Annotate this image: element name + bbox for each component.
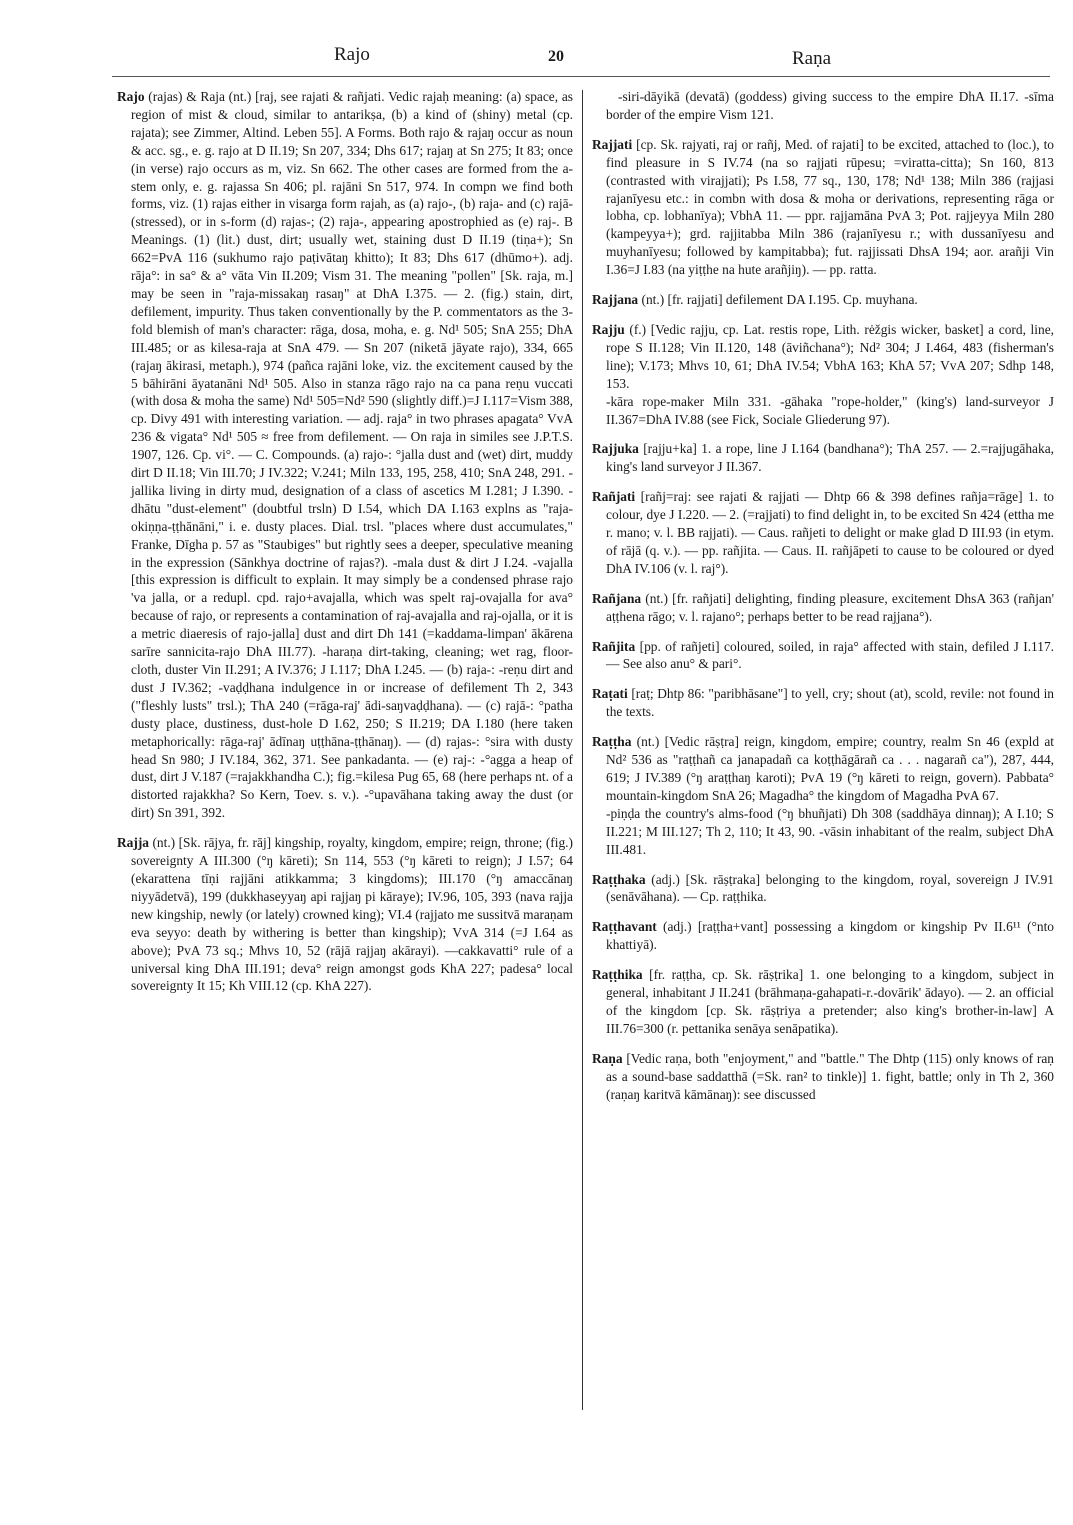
entry-text: (rajas) & Raja (nt.) [raj, see rajati & … <box>131 89 573 820</box>
header-rule <box>112 76 1050 77</box>
headword: Raṭṭha <box>592 734 631 749</box>
dictionary-entry-rajo: Rajo (rajas) & Raja (nt.) [raj, see raja… <box>117 88 573 822</box>
headword: Raṭṭhika <box>592 967 643 982</box>
running-head: Rajo 20 Raṇa <box>0 44 1073 74</box>
column-divider <box>582 90 583 1410</box>
dictionary-entry-rajjati: Rajjati [cp. Sk. rajyati, raj or rañj, M… <box>592 136 1054 279</box>
dictionary-entry-ranjita: Rañjita [pp. of rañjeti] coloured, soile… <box>592 638 1054 674</box>
headword: Raṭṭhaka <box>592 872 646 887</box>
headword: Rajju <box>592 322 625 337</box>
headword: Raṭati <box>592 686 628 701</box>
dictionary-entry-rajju: Rajju (f.) [Vedic rajju, cp. Lat. restis… <box>592 321 1054 428</box>
dictionary-entry-rajja: Rajja (nt.) [Sk. rājya, fr. rāj] kingshi… <box>117 834 573 995</box>
entry-text: -siri-dāyikā (devatā) (goddess) giving s… <box>606 89 1054 122</box>
headword: Rañjana <box>592 591 641 606</box>
entry-text: (nt.) [Sk. rājya, fr. rāj] kingship, roy… <box>131 835 573 993</box>
headword: Rajjana <box>592 292 638 307</box>
entry-text: [rañj=raj: see rajati & rajjati — Dhtp 6… <box>606 489 1054 576</box>
entry-compounds: -piṇḍa the country's alms-food (°ŋ bhuñj… <box>606 805 1054 859</box>
entry-text: [pp. of rañjeti] coloured, soiled, in ra… <box>606 639 1054 672</box>
dictionary-entry-rajjuka: Rajjuka [rajju+ka] 1. a rope, line J I.1… <box>592 440 1054 476</box>
dictionary-entry-rattha: Raṭṭha (nt.) [Vedic rāṣṭra] reign, kingd… <box>592 733 1054 858</box>
headword: Raṭṭhavant <box>592 919 657 934</box>
headword: Rañjati <box>592 489 635 504</box>
entry-compounds: -kāra rope-maker Miln 331. -gāhaka "rope… <box>606 393 1054 429</box>
dictionary-entry-rana: Raṇa [Vedic raṇa, both "enjoyment," and … <box>592 1050 1054 1104</box>
right-guide-word: Raṇa <box>792 48 831 70</box>
entry-text: (adj.) [Sk. rāṣṭraka] belonging to the k… <box>606 872 1054 905</box>
dictionary-entry-ranjati: Rañjati [rañj=raj: see rajati & rajjati … <box>592 488 1054 578</box>
dictionary-entry-ratthaka: Raṭṭhaka (adj.) [Sk. rāṣṭraka] belonging… <box>592 871 1054 907</box>
entry-text: [rajju+ka] 1. a rope, line J I.164 (band… <box>606 441 1054 474</box>
entry-text: [raṭ; Dhtp 86: "paribhāsane"] to yell, c… <box>606 686 1054 719</box>
dictionary-entry-ranjana: Rañjana (nt.) [fr. rañjati] delighting, … <box>592 590 1054 626</box>
left-guide-word: Rajo <box>334 44 370 66</box>
headword: Rajo <box>117 89 145 104</box>
headword: Raṇa <box>592 1051 623 1066</box>
entry-text: (f.) [Vedic rajju, cp. Lat. restis rope,… <box>606 322 1054 391</box>
entry-continuation: -siri-dāyikā (devatā) (goddess) giving s… <box>592 88 1054 124</box>
headword: Rajja <box>117 835 149 850</box>
entry-text: (adj.) [raṭṭha+vant] possessing a kingdo… <box>606 919 1054 952</box>
headword: Rañjita <box>592 639 635 654</box>
entry-text: [Vedic raṇa, both "enjoyment," and "batt… <box>606 1051 1054 1102</box>
headword: Rajjati <box>592 137 632 152</box>
entry-text: (nt.) [fr. rajjati] defilement DA I.195.… <box>641 292 917 307</box>
dictionary-entry-ratthika: Raṭṭhika [fr. raṭṭha, cp. Sk. rāṣṭrika] … <box>592 966 1054 1038</box>
entry-text: [cp. Sk. rajyati, raj or rañj, Med. of r… <box>606 137 1054 277</box>
right-column: -siri-dāyikā (devatā) (goddess) giving s… <box>592 88 1054 1116</box>
page-number: 20 <box>548 48 564 66</box>
headword: Rajjuka <box>592 441 639 456</box>
dictionary-entry-ratati: Raṭati [raṭ; Dhtp 86: "paribhāsane"] to … <box>592 685 1054 721</box>
dictionary-entry-rajjana: Rajjana (nt.) [fr. rajjati] defilement D… <box>592 291 1054 309</box>
left-column: Rajo (rajas) & Raja (nt.) [raj, see raja… <box>117 88 573 1007</box>
dictionary-entry-ratthavant: Raṭṭhavant (adj.) [raṭṭha+vant] possessi… <box>592 918 1054 954</box>
entry-text: [fr. raṭṭha, cp. Sk. rāṣṭrika] 1. one be… <box>606 967 1054 1036</box>
entry-text: (nt.) [Vedic rāṣṭra] reign, kingdom, emp… <box>606 734 1054 803</box>
entry-text: (nt.) [fr. rañjati] delighting, finding … <box>606 591 1054 624</box>
